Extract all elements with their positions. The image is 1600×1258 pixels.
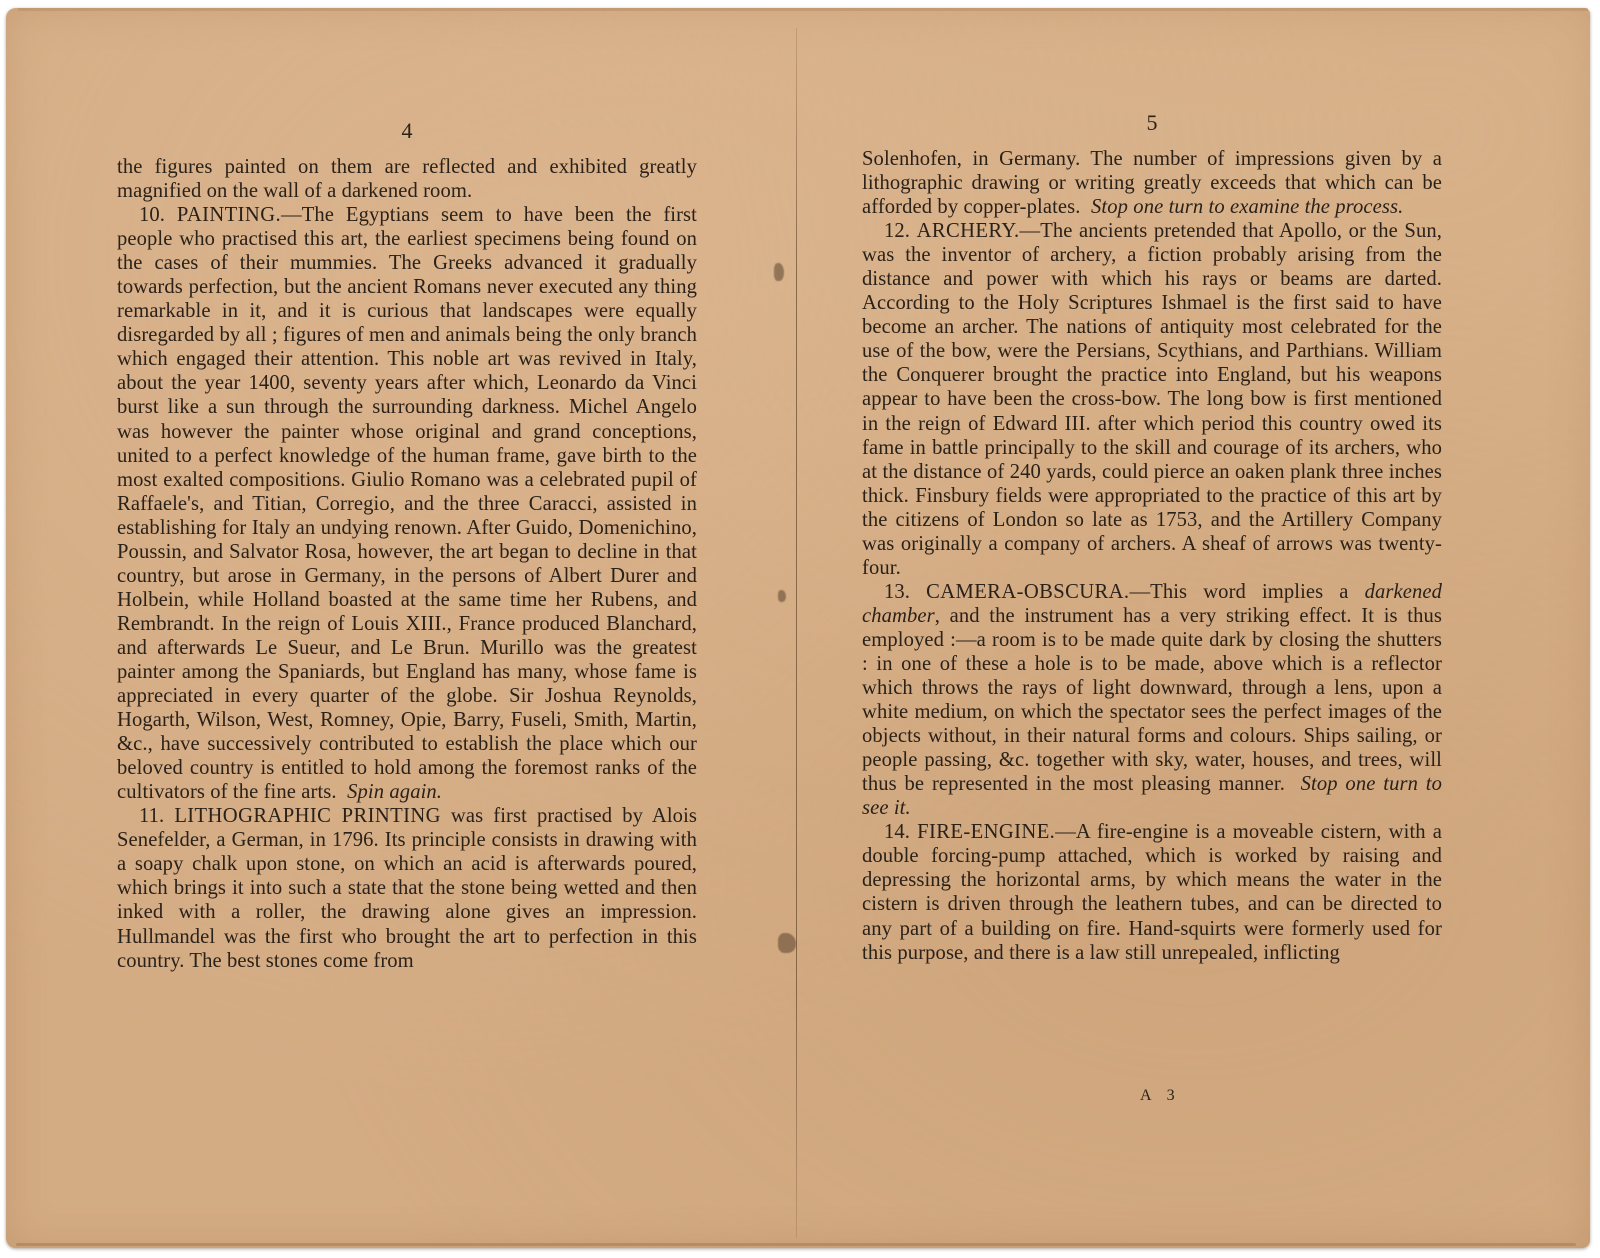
section-heading: PAINTING.	[177, 204, 281, 226]
paragraph-lithographic-printing: 11. LITHOGRAPHIC PRINTING was first prac…	[117, 804, 697, 972]
paragraph-text: —The ancients pretended that Apollo, or …	[862, 220, 1442, 579]
printer-signature-mark: A 3	[1140, 1087, 1181, 1105]
paragraph-continued: the figures painted on them are reflecte…	[117, 155, 697, 203]
paragraph-fire-engine: 14. FIRE-ENGINE.—A fire-engine is a move…	[862, 820, 1442, 964]
paragraph-text: —The Egyptians seem to have been the fir…	[117, 204, 697, 803]
section-heading: FIRE-ENGINE.	[917, 821, 1055, 843]
page-body: the figures painted on them are reflecte…	[117, 155, 697, 973]
paragraph-archery: 12. ARCHERY.—The ancients pretended that…	[862, 219, 1442, 580]
paragraph-painting: 10. PAINTING.—The Egyptians seem to have…	[117, 203, 697, 804]
right-page: 5 Solenhofen, in Germany. The number of …	[862, 0, 1442, 965]
paragraph-continued: Solenhofen, in Germany. The number of im…	[862, 147, 1442, 219]
section-number: 10.	[139, 204, 165, 226]
game-instruction: Stop one turn to examine the process.	[1091, 196, 1403, 218]
section-number: 12.	[884, 220, 910, 242]
paragraph-text: was first practised by Alois Senefelder,…	[117, 805, 697, 971]
section-number: 13.	[884, 581, 910, 603]
binding-stitch-mark	[774, 263, 784, 281]
section-number: 14.	[884, 821, 910, 843]
paragraph-text: , and the instrument has a very striking…	[862, 605, 1442, 795]
paragraph-camera-obscura: 13. CAMERA-OBSCURA.—This word implies a …	[862, 580, 1442, 820]
page-bottom-edge	[16, 1243, 1576, 1246]
section-heading: ARCHERY.	[917, 220, 1020, 242]
binding-stitch-mark	[778, 933, 796, 953]
binding-stitch-mark	[778, 590, 786, 602]
book-gutter	[796, 28, 797, 1238]
page-number: 5	[862, 112, 1442, 136]
game-instruction: Spin again.	[347, 781, 442, 803]
left-page: 4 the figures painted on them are reflec…	[117, 0, 697, 973]
section-heading: CAMERA-OBSCURA.	[926, 581, 1129, 603]
section-number: 11.	[139, 805, 164, 827]
paragraph-text: the figures painted on them are reflecte…	[117, 156, 697, 202]
page-number: 4	[117, 120, 697, 144]
paragraph-text: —This word implies a	[1129, 581, 1364, 603]
section-heading: LITHOGRAPHIC PRINTING	[174, 805, 441, 827]
page-body: Solenhofen, in Germany. The number of im…	[862, 147, 1442, 965]
